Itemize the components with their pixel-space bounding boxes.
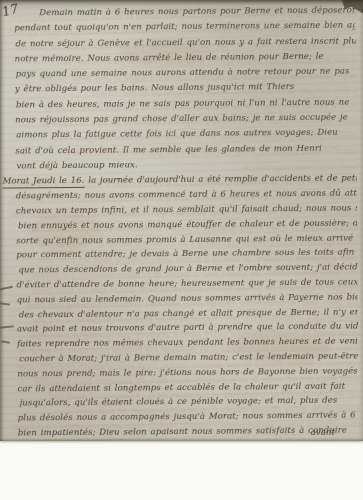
entry-first-line: la journée d'aujourd'hui a été remplie d… — [88, 174, 356, 186]
manuscript-text: 17 Demain matin à 6 heures nous partons … — [0, 0, 363, 441]
paper-edge-right-shadow — [359, 0, 363, 441]
paper-edge-bottom-shadow — [0, 438, 363, 441]
manuscript-line: sait d'où cela provient. Il me semble qu… — [15, 141, 356, 159]
manuscript-paragraph-1: Demain matin à 6 heures nous partons pou… — [14, 3, 356, 174]
paper-sheet: Demain matin à 6 heures nous partons pou… — [0, 0, 363, 441]
paper-edge-left-shadow — [0, 0, 5, 441]
manuscript-paragraph-2: désagréments; nous avons commencé tard à… — [16, 187, 359, 441]
entry-date-heading: Morat Jeudi le 16. — [3, 176, 85, 188]
scanned-letter-page: Demain matin à 6 heures nous partons pou… — [0, 0, 363, 500]
paper-edge-top-shadow — [0, 0, 363, 6]
